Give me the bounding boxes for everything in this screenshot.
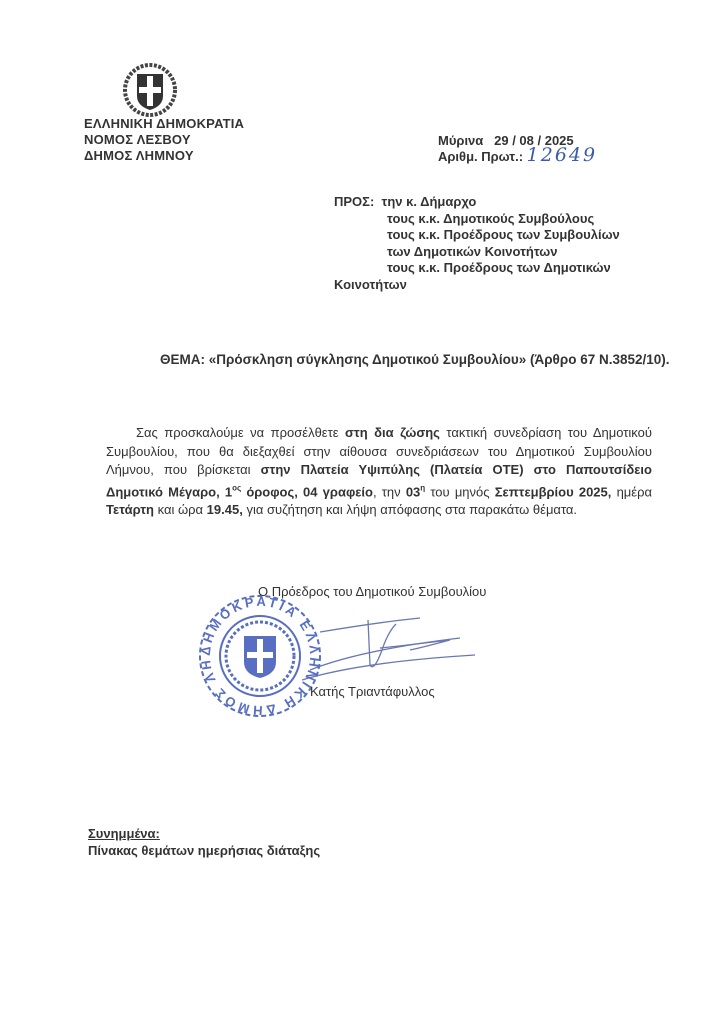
- body-text: Σας προσκαλούμε να προσέλθετε στη δια ζώ…: [106, 424, 652, 520]
- recipient-line: τους κ.κ. Δημοτικούς Συμβούλους: [334, 211, 620, 228]
- issuer-line-municipality: ΔΗΜΟΣ ΛΗΜΝΟΥ: [84, 148, 244, 164]
- recipient-line: ΠΡΟΣ: την κ. Δήμαρχο: [334, 194, 620, 211]
- greek-coat-of-arms-icon: [122, 62, 178, 118]
- issuer-block: ΕΛΛΗΝΙΚΗ ΔΗΜΟΚΡΑΤΙΑ ΝΟΜΟΣ ΛΕΣΒΟΥ ΔΗΜΟΣ Λ…: [84, 116, 244, 164]
- document-meta: Μύρινα 29 / 08 / 2025 Αριθμ. Πρωτ.: 1264…: [438, 132, 597, 165]
- recipient-line: Κοινοτήτων: [334, 277, 620, 294]
- protocol-line: Αριθμ. Πρωτ.: 12649: [438, 147, 597, 165]
- place-label: Μύρινα: [438, 133, 483, 148]
- subject-line: ΘΕΜΑ: «Πρόσκληση σύγκλησης Δημοτικού Συμ…: [160, 352, 670, 367]
- signatory-title: Ο Πρόεδρος του Δημοτικού Συμβουλίου: [258, 584, 486, 599]
- protocol-number: 12649: [527, 144, 597, 166]
- attachments-title: Συνημμένα:: [88, 826, 160, 841]
- recipients-label: ΠΡΟΣ:: [334, 194, 374, 209]
- attachment-item: Πίνακας θεμάτων ημερήσιας διάταξης: [88, 843, 320, 858]
- recipient-line: των Δημοτικών Κοινοτήτων: [334, 244, 620, 261]
- issuer-line-prefecture: ΝΟΜΟΣ ΛΕΣΒΟΥ: [84, 132, 244, 148]
- signatory-name: Κατής Τριαντάφυλλος: [310, 684, 435, 699]
- recipients-block: ΠΡΟΣ: την κ. Δήμαρχο τους κ.κ. Δημοτικού…: [334, 194, 620, 293]
- recipient-line: τους κ.κ. Προέδρους των Συμβουλίων: [334, 227, 620, 244]
- handwritten-signature-icon: [300, 610, 480, 685]
- invitation-paragraph: Σας προσκαλούμε να προσέλθετε στη δια ζώ…: [106, 424, 652, 520]
- protocol-label: Αριθμ. Πρωτ.:: [438, 149, 523, 164]
- recipient-line: τους κ.κ. Προέδρους των Δημοτικών: [334, 260, 620, 277]
- issuer-line-state: ΕΛΛΗΝΙΚΗ ΔΗΜΟΚΡΑΤΙΑ: [84, 116, 244, 132]
